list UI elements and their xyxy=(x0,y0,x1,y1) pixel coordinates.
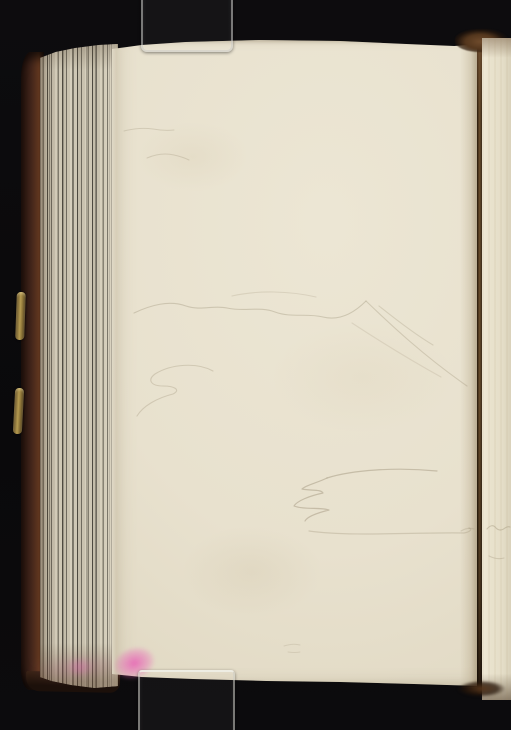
pink-stain-halo xyxy=(62,654,98,680)
blank-verso-page xyxy=(112,40,480,688)
brass-clasp-upper xyxy=(15,292,26,340)
facing-page-sliver xyxy=(482,38,511,700)
bottom-retaining-clip xyxy=(138,670,235,730)
sketchbook-photo xyxy=(0,0,511,730)
page-stack-fore-edge xyxy=(40,44,118,688)
top-retaining-clip xyxy=(141,0,233,52)
gutter-bottom-smudge xyxy=(457,681,511,698)
